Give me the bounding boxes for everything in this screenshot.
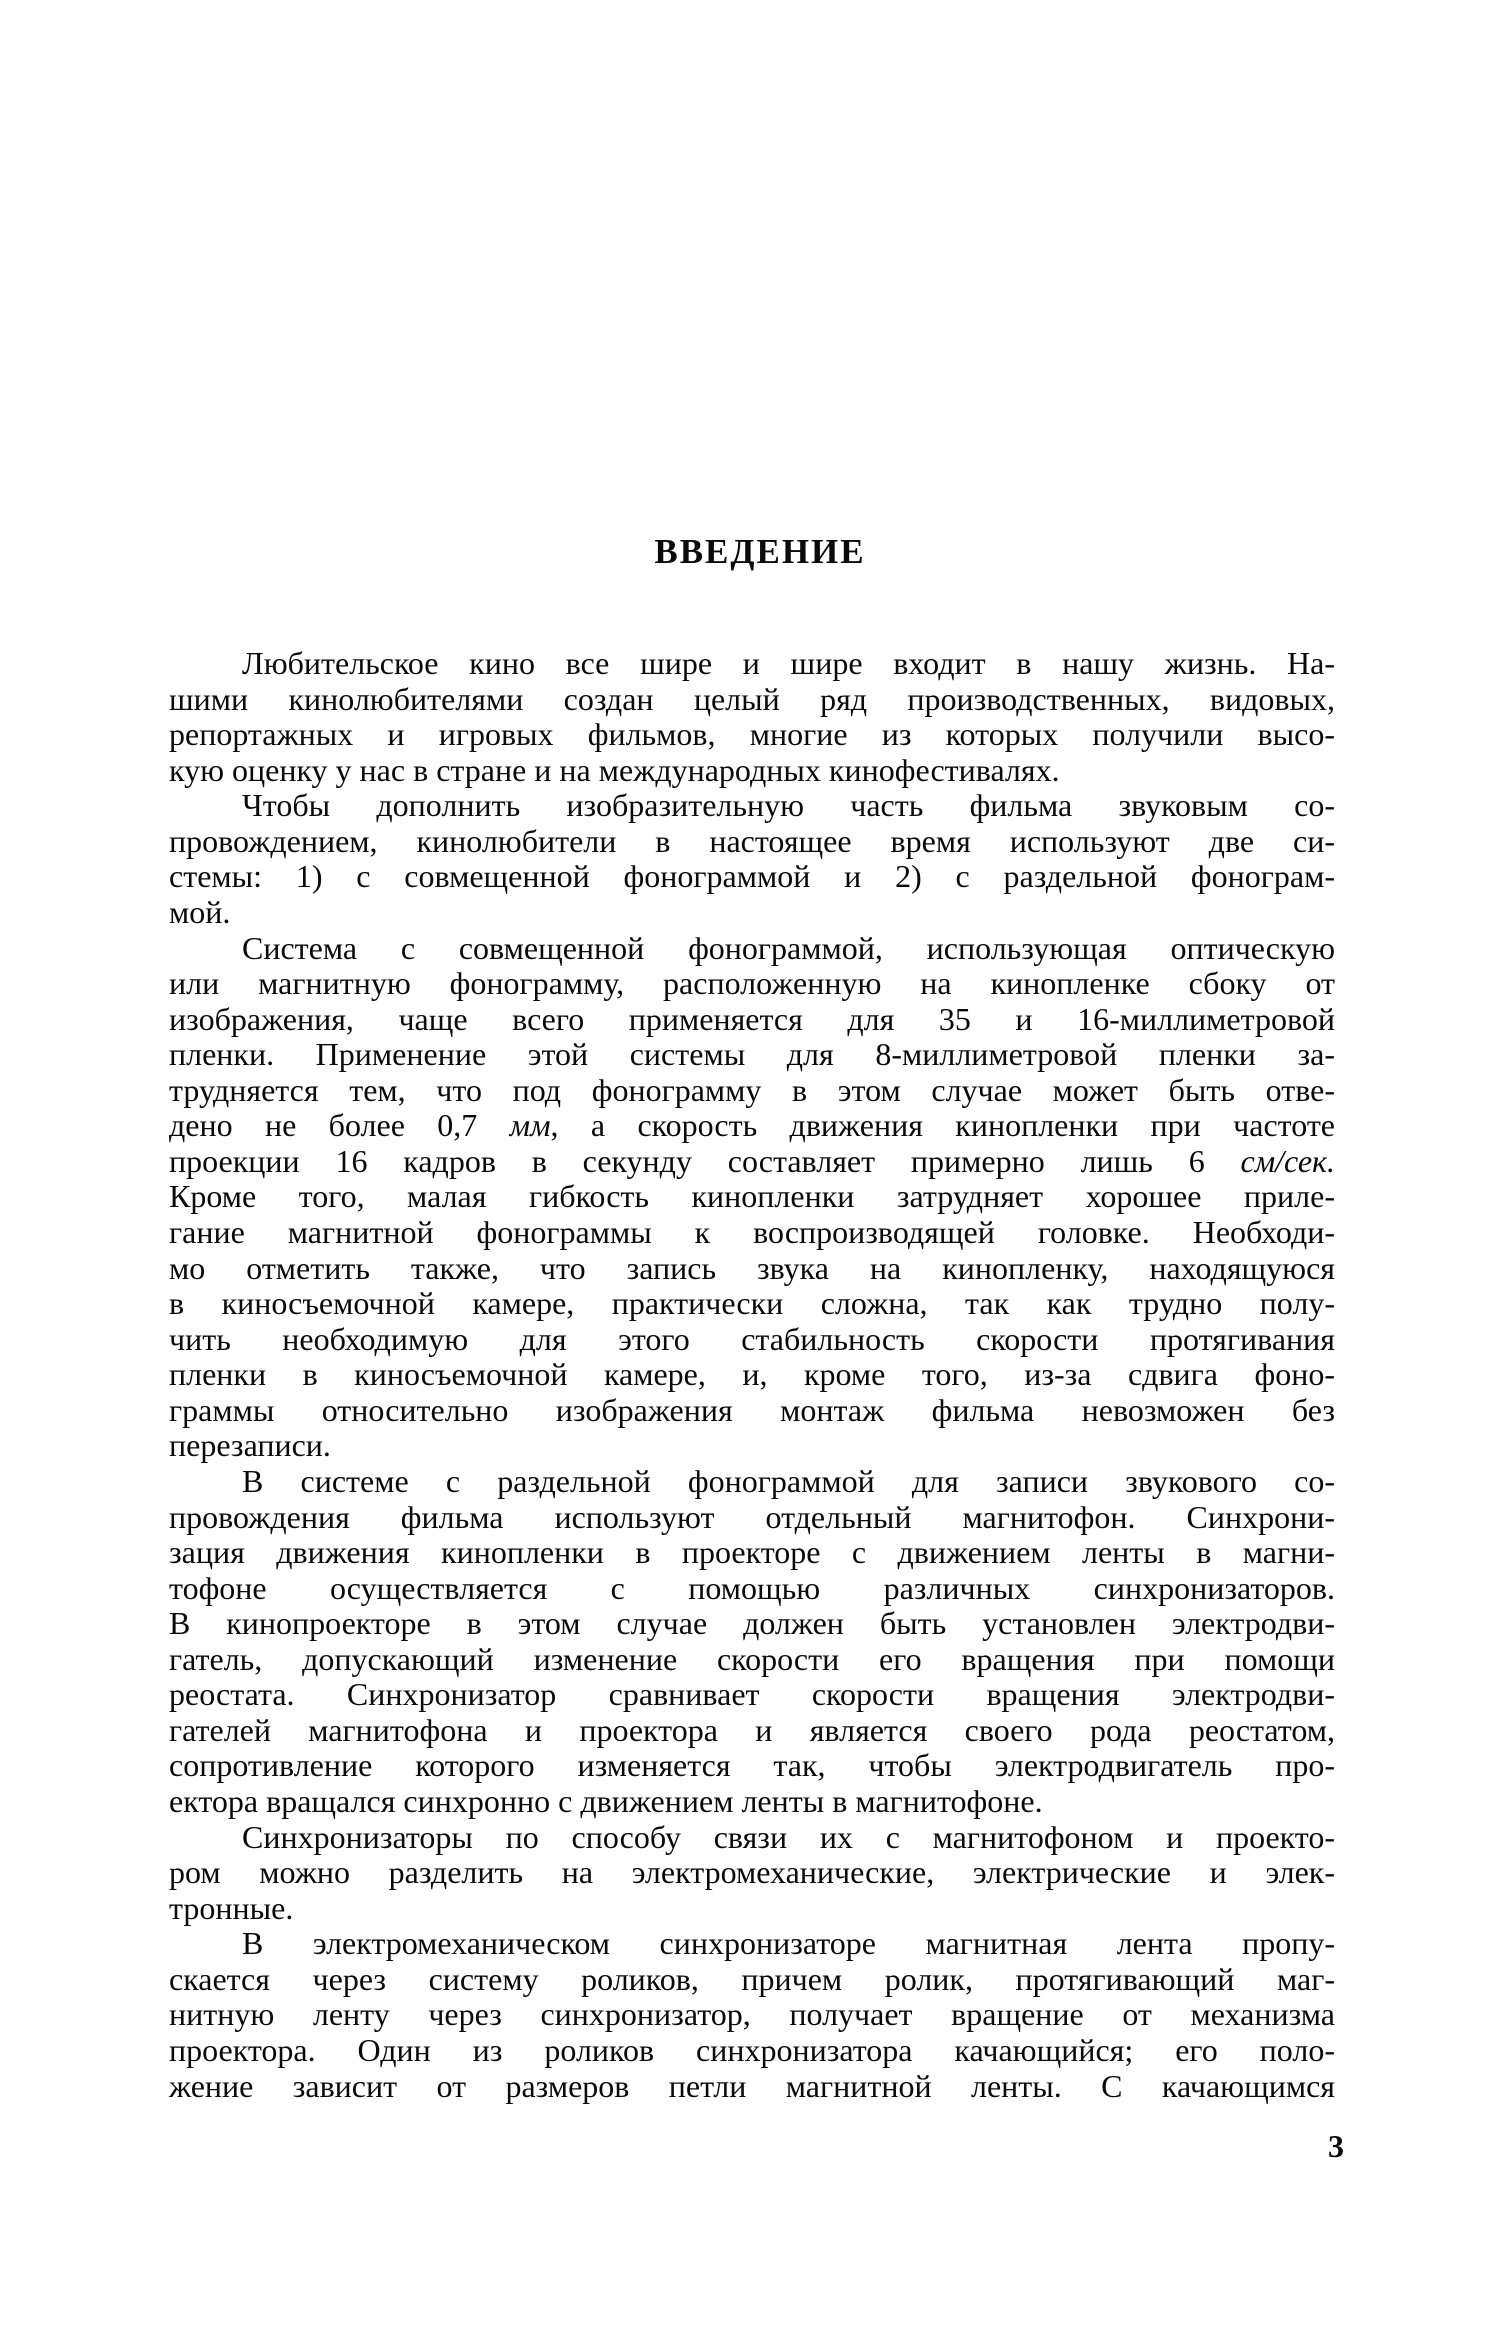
paragraph: В системе с раздельной фонограммой для з… — [169, 1464, 1335, 1820]
text-segment: граммы относительно изображения монтаж ф… — [169, 1392, 1335, 1428]
text-segment: В электромеханическом синхронизаторе маг… — [242, 1925, 1335, 1961]
text-segment: чить необходимую для этого стабильность … — [169, 1321, 1335, 1357]
text-line: изображения, чаще всего применяется для … — [169, 1002, 1335, 1038]
text-line: зация движения кинопленки в проекторе с … — [169, 1535, 1335, 1571]
page-number: 3 — [1300, 2128, 1344, 2164]
text-line: пленки в киносъемочной камере, и, кроме … — [169, 1357, 1335, 1393]
text-line: в киносъемочной камере, практически слож… — [169, 1286, 1335, 1322]
text-line: В электромеханическом синхронизаторе маг… — [169, 1926, 1335, 1962]
text-line: мой. — [169, 895, 1335, 931]
paragraph: В электромеханическом синхронизаторе маг… — [169, 1926, 1335, 2104]
text-line: тронные. — [169, 1891, 1335, 1927]
text-segment: Чтобы дополнить изобразительную часть фи… — [242, 787, 1335, 823]
text-segment: стемы: 1) с совмещенной фонограммой и 2)… — [169, 858, 1335, 894]
text-line: гатель, допускающий изменение скорости е… — [169, 1642, 1335, 1678]
text-segment: зация движения кинопленки в проекторе с … — [169, 1534, 1335, 1570]
text-line: граммы относительно изображения монтаж ф… — [169, 1393, 1335, 1429]
text-segment: гание магнитной фонограммы к воспроизвод… — [169, 1214, 1335, 1250]
text-segment: или магнитную фонограмму, расположенную … — [169, 965, 1335, 1001]
text-segment: скается через систему роликов, причем ро… — [169, 1961, 1335, 1997]
text-line: стемы: 1) с совмещенной фонограммой и 2)… — [169, 859, 1335, 895]
text-line: или магнитную фонограмму, расположенную … — [169, 966, 1335, 1002]
text-segment: перезаписи. — [169, 1427, 331, 1463]
text-segment: Синхронизаторы по способу связи их с маг… — [242, 1819, 1335, 1855]
text-segment: изображения, чаще всего применяется для … — [169, 1001, 1335, 1037]
text-line: дено не более 0,7 мм, а скорость движени… — [169, 1108, 1335, 1144]
italic-unit: см/сек. — [1241, 1143, 1335, 1179]
text-segment: мо отметить также, что запись звука на к… — [169, 1250, 1335, 1286]
text-line: Кроме того, малая гибкость кинопленки за… — [169, 1179, 1335, 1215]
text-segment: нитную ленту через синхронизатор, получа… — [169, 1996, 1335, 2032]
text-line: проектора. Один из роликов синхронизатор… — [169, 2033, 1335, 2069]
text-line: Синхронизаторы по способу связи их с маг… — [169, 1820, 1335, 1856]
text-line: тофоне осуществляется с помощью различны… — [169, 1571, 1335, 1607]
text-segment: в киносъемочной камере, практически слож… — [169, 1285, 1335, 1321]
text-line: кую оценку у нас в стране и на междунаро… — [169, 753, 1335, 789]
text-line: Любительское кино все шире и шире входит… — [169, 646, 1335, 682]
text-segment: В системе с раздельной фонограммой для з… — [242, 1463, 1335, 1499]
text-line: реостата. Синхронизатор сравнивает скоро… — [169, 1677, 1335, 1713]
text-segment: гатель, допускающий изменение скорости е… — [169, 1641, 1335, 1677]
text-line: мо отметить также, что запись звука на к… — [169, 1251, 1335, 1287]
text-line: В системе с раздельной фонограммой для з… — [169, 1464, 1335, 1500]
text-segment: , а скорость движения кинопленки при час… — [551, 1107, 1336, 1143]
text-line: ром можно разделить на электромеханическ… — [169, 1855, 1335, 1891]
text-segment: дено не более 0,7 — [169, 1107, 510, 1143]
text-segment: репортажных и игровых фильмов, многие из… — [169, 716, 1335, 752]
text-line: гателей магнитофона и проектора и являет… — [169, 1713, 1335, 1749]
text-segment: пленки. Применение этой системы для 8-ми… — [169, 1036, 1335, 1072]
text-segment: Кроме того, малая гибкость кинопленки за… — [169, 1178, 1335, 1214]
text-line: трудняется тем, что под фонограмму в это… — [169, 1073, 1335, 1109]
text-line: В кинопроекторе в этом случае должен быт… — [169, 1606, 1335, 1642]
text-segment: В кинопроекторе в этом случае должен быт… — [169, 1605, 1335, 1641]
text-segment: сопротивление которого изменяется так, ч… — [169, 1747, 1335, 1783]
text-segment: реостата. Синхронизатор сравнивает скоро… — [169, 1676, 1335, 1712]
paragraph: Синхронизаторы по способу связи их с маг… — [169, 1820, 1335, 1927]
chapter-title: ВВЕДЕНИЕ — [560, 532, 960, 572]
text-segment: ектора вращался синхронно с движением ле… — [169, 1783, 1043, 1819]
text-line: пленки. Применение этой системы для 8-ми… — [169, 1037, 1335, 1073]
text-segment: провождением, кинолюбители в настоящее в… — [169, 823, 1335, 859]
text-segment: провождения фильма используют отдельный … — [169, 1499, 1335, 1535]
text-line: чить необходимую для этого стабильность … — [169, 1322, 1335, 1358]
text-segment: шими кинолюбителями создан целый ряд про… — [169, 681, 1335, 717]
text-segment: пленки в киносъемочной камере, и, кроме … — [169, 1356, 1335, 1392]
body-text: Любительское кино все шире и шире входит… — [169, 646, 1335, 2104]
text-line: нитную ленту через синхронизатор, получа… — [169, 1997, 1335, 2033]
paragraph: Чтобы дополнить изобразительную часть фи… — [169, 788, 1335, 930]
text-segment: кую оценку у нас в стране и на междунаро… — [169, 752, 1060, 788]
text-segment: гателей магнитофона и проектора и являет… — [169, 1712, 1335, 1748]
text-segment: проектора. Один из роликов синхронизатор… — [169, 2032, 1335, 2068]
text-segment: Система с совмещенной фонограммой, испол… — [242, 930, 1335, 966]
text-line: провождения фильма используют отдельный … — [169, 1500, 1335, 1536]
text-line: жение зависит от размеров петли магнитно… — [169, 2069, 1335, 2105]
text-line: проекции 16 кадров в секунду составляет … — [169, 1144, 1335, 1180]
text-line: ектора вращался синхронно с движением ле… — [169, 1784, 1335, 1820]
text-segment: тофоне осуществляется с помощью различны… — [169, 1570, 1335, 1606]
paragraph: Система с совмещенной фонограммой, испол… — [169, 931, 1335, 1464]
text-line: скается через систему роликов, причем ро… — [169, 1962, 1335, 1998]
text-segment: тронные. — [169, 1890, 293, 1926]
text-segment: мой. — [169, 894, 230, 930]
italic-unit: мм — [510, 1107, 551, 1143]
text-line: Система с совмещенной фонограммой, испол… — [169, 931, 1335, 967]
text-segment: проекции 16 кадров в секунду составляет … — [169, 1143, 1241, 1179]
text-line: гание магнитной фонограммы к воспроизвод… — [169, 1215, 1335, 1251]
book-page: ВВЕДЕНИЕ Любительское кино все шире и ши… — [0, 0, 1500, 2350]
text-line: сопротивление которого изменяется так, ч… — [169, 1748, 1335, 1784]
text-line: шими кинолюбителями создан целый ряд про… — [169, 682, 1335, 718]
text-line: перезаписи. — [169, 1428, 1335, 1464]
text-segment: жение зависит от размеров петли магнитно… — [169, 2068, 1335, 2104]
text-line: Чтобы дополнить изобразительную часть фи… — [169, 788, 1335, 824]
text-line: репортажных и игровых фильмов, многие из… — [169, 717, 1335, 753]
text-segment: Любительское кино все шире и шире входит… — [242, 645, 1335, 681]
text-segment: трудняется тем, что под фонограмму в это… — [169, 1072, 1335, 1108]
text-segment: ром можно разделить на электромеханическ… — [169, 1854, 1335, 1890]
text-line: провождением, кинолюбители в настоящее в… — [169, 824, 1335, 860]
paragraph: Любительское кино все шире и шире входит… — [169, 646, 1335, 788]
